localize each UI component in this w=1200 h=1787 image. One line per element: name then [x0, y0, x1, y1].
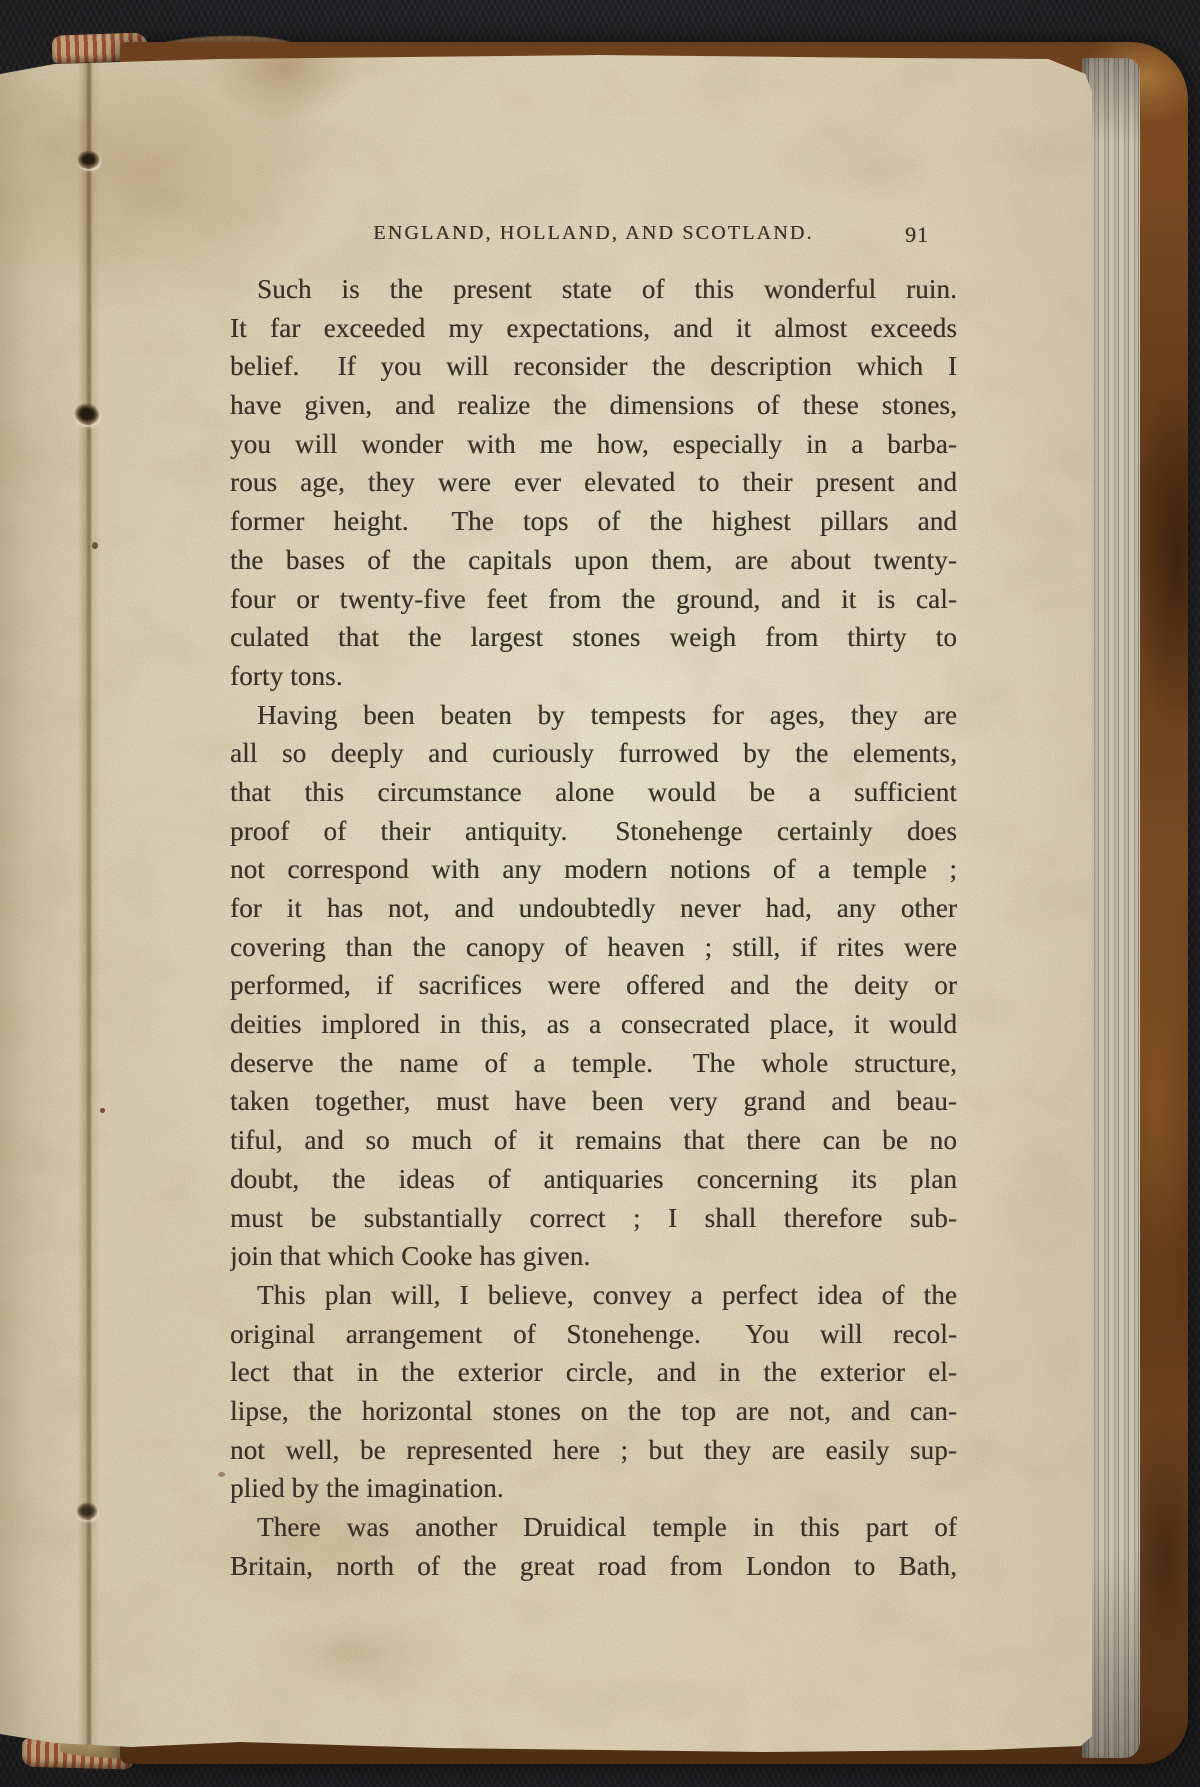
- text-line: taken together, must have been very gran…: [230, 1082, 957, 1121]
- text-line: There was another Druidical temple in th…: [230, 1508, 957, 1547]
- paper-speck: [218, 1472, 225, 1477]
- text-line: the bases of the capitals upon them, are…: [230, 541, 957, 580]
- text-line: It far exceeded my expectations, and it …: [230, 309, 957, 348]
- text-line: not correspond with any modern notions o…: [230, 850, 957, 889]
- page-number: 91: [905, 222, 929, 248]
- text-line: must be substantially correct ; I shall …: [230, 1199, 957, 1238]
- text-line: forty tons.: [230, 657, 957, 696]
- text-line: deities implored in this, as a consecrat…: [230, 1005, 957, 1044]
- text-line: doubt, the ideas of antiquaries concerni…: [230, 1160, 957, 1199]
- text-line: four or twenty-five feet from the ground…: [230, 580, 957, 619]
- text-line: lect that in the exterior circle, and in…: [230, 1353, 957, 1392]
- book-page: ENGLAND, HOLLAND, AND SCOTLAND. 91 Such …: [0, 50, 1092, 1756]
- running-header: ENGLAND, HOLLAND, AND SCOTLAND. 91: [230, 222, 957, 256]
- text-line: Britain, north of the great road from Lo…: [230, 1547, 957, 1586]
- text-line: Such is the present state of this wonder…: [230, 270, 957, 309]
- text-line: This plan will, I believe, convey a perf…: [230, 1276, 957, 1315]
- paper-hole: [77, 150, 100, 169]
- text-line: you will wonder with me how, especially …: [230, 425, 957, 464]
- text-line: join that which Cooke has given.: [230, 1237, 957, 1276]
- text-line: all so deeply and curiously furrowed by …: [230, 734, 957, 773]
- text-line: not well, be represented here ; but they…: [230, 1431, 957, 1470]
- text-line: tiful, and so much of it remains that th…: [230, 1121, 957, 1160]
- text-line: former height. The tops of the highest p…: [230, 502, 957, 541]
- text-line: deserve the name of a temple. The whole …: [230, 1044, 957, 1083]
- gutter-crease-line: [87, 50, 91, 1756]
- text-line: culated that the largest stones weigh fr…: [230, 618, 957, 657]
- text-line: rous age, they were ever elevated to the…: [230, 463, 957, 502]
- text-line: proof of their antiquity. Stonehenge cer…: [230, 812, 957, 851]
- paper-hole: [76, 1502, 98, 1520]
- text-line: lipse, the horizontal stones on the top …: [230, 1392, 957, 1431]
- paper-speck: [100, 1108, 105, 1113]
- text-line: that this circumstance alone would be a …: [230, 773, 957, 812]
- text-line: have given, and realize the dimensions o…: [230, 386, 957, 425]
- text-line: covering than the canopy of heaven ; sti…: [230, 928, 957, 967]
- text-line: original arrangement of Stonehenge. You …: [230, 1315, 957, 1354]
- text-line: belief. If you will reconsider the descr…: [230, 347, 957, 386]
- text-line: for it has not, and undoubtedly never ha…: [230, 889, 957, 928]
- text-line: plied by the imagination.: [230, 1469, 957, 1508]
- scan-background: ENGLAND, HOLLAND, AND SCOTLAND. 91 Such …: [0, 0, 1200, 1787]
- text-line: performed, if sacrifices were offered an…: [230, 966, 957, 1005]
- body-text: Such is the present state of this wonder…: [230, 270, 957, 1585]
- text-line: Having been beaten by tempests for ages,…: [230, 696, 957, 735]
- paper-speck: [92, 542, 98, 549]
- running-title: ENGLAND, HOLLAND, AND SCOTLAND.: [373, 222, 813, 244]
